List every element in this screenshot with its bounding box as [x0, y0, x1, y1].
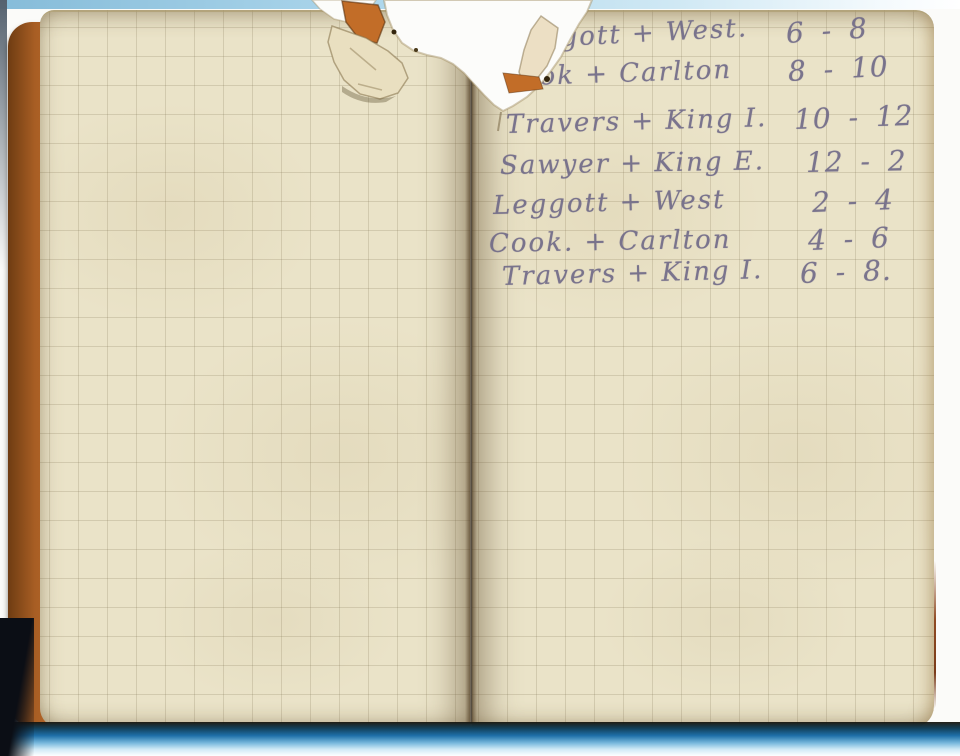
- spine-crease: [498, 112, 501, 131]
- torn-paper-edge: [298, 0, 658, 132]
- debris-speck: [392, 30, 397, 35]
- tear-notch-main: [384, 0, 592, 111]
- debris-speck: [414, 48, 418, 52]
- shadow-bottom-left: [0, 618, 34, 756]
- scanner-edge-left: [0, 0, 7, 270]
- scanner-edge-bottom: [0, 722, 960, 756]
- debris-speck: [544, 76, 550, 82]
- notebook-scan: ggott + West. 6 - 8 Cook + Carlton 8 - 1…: [0, 0, 960, 756]
